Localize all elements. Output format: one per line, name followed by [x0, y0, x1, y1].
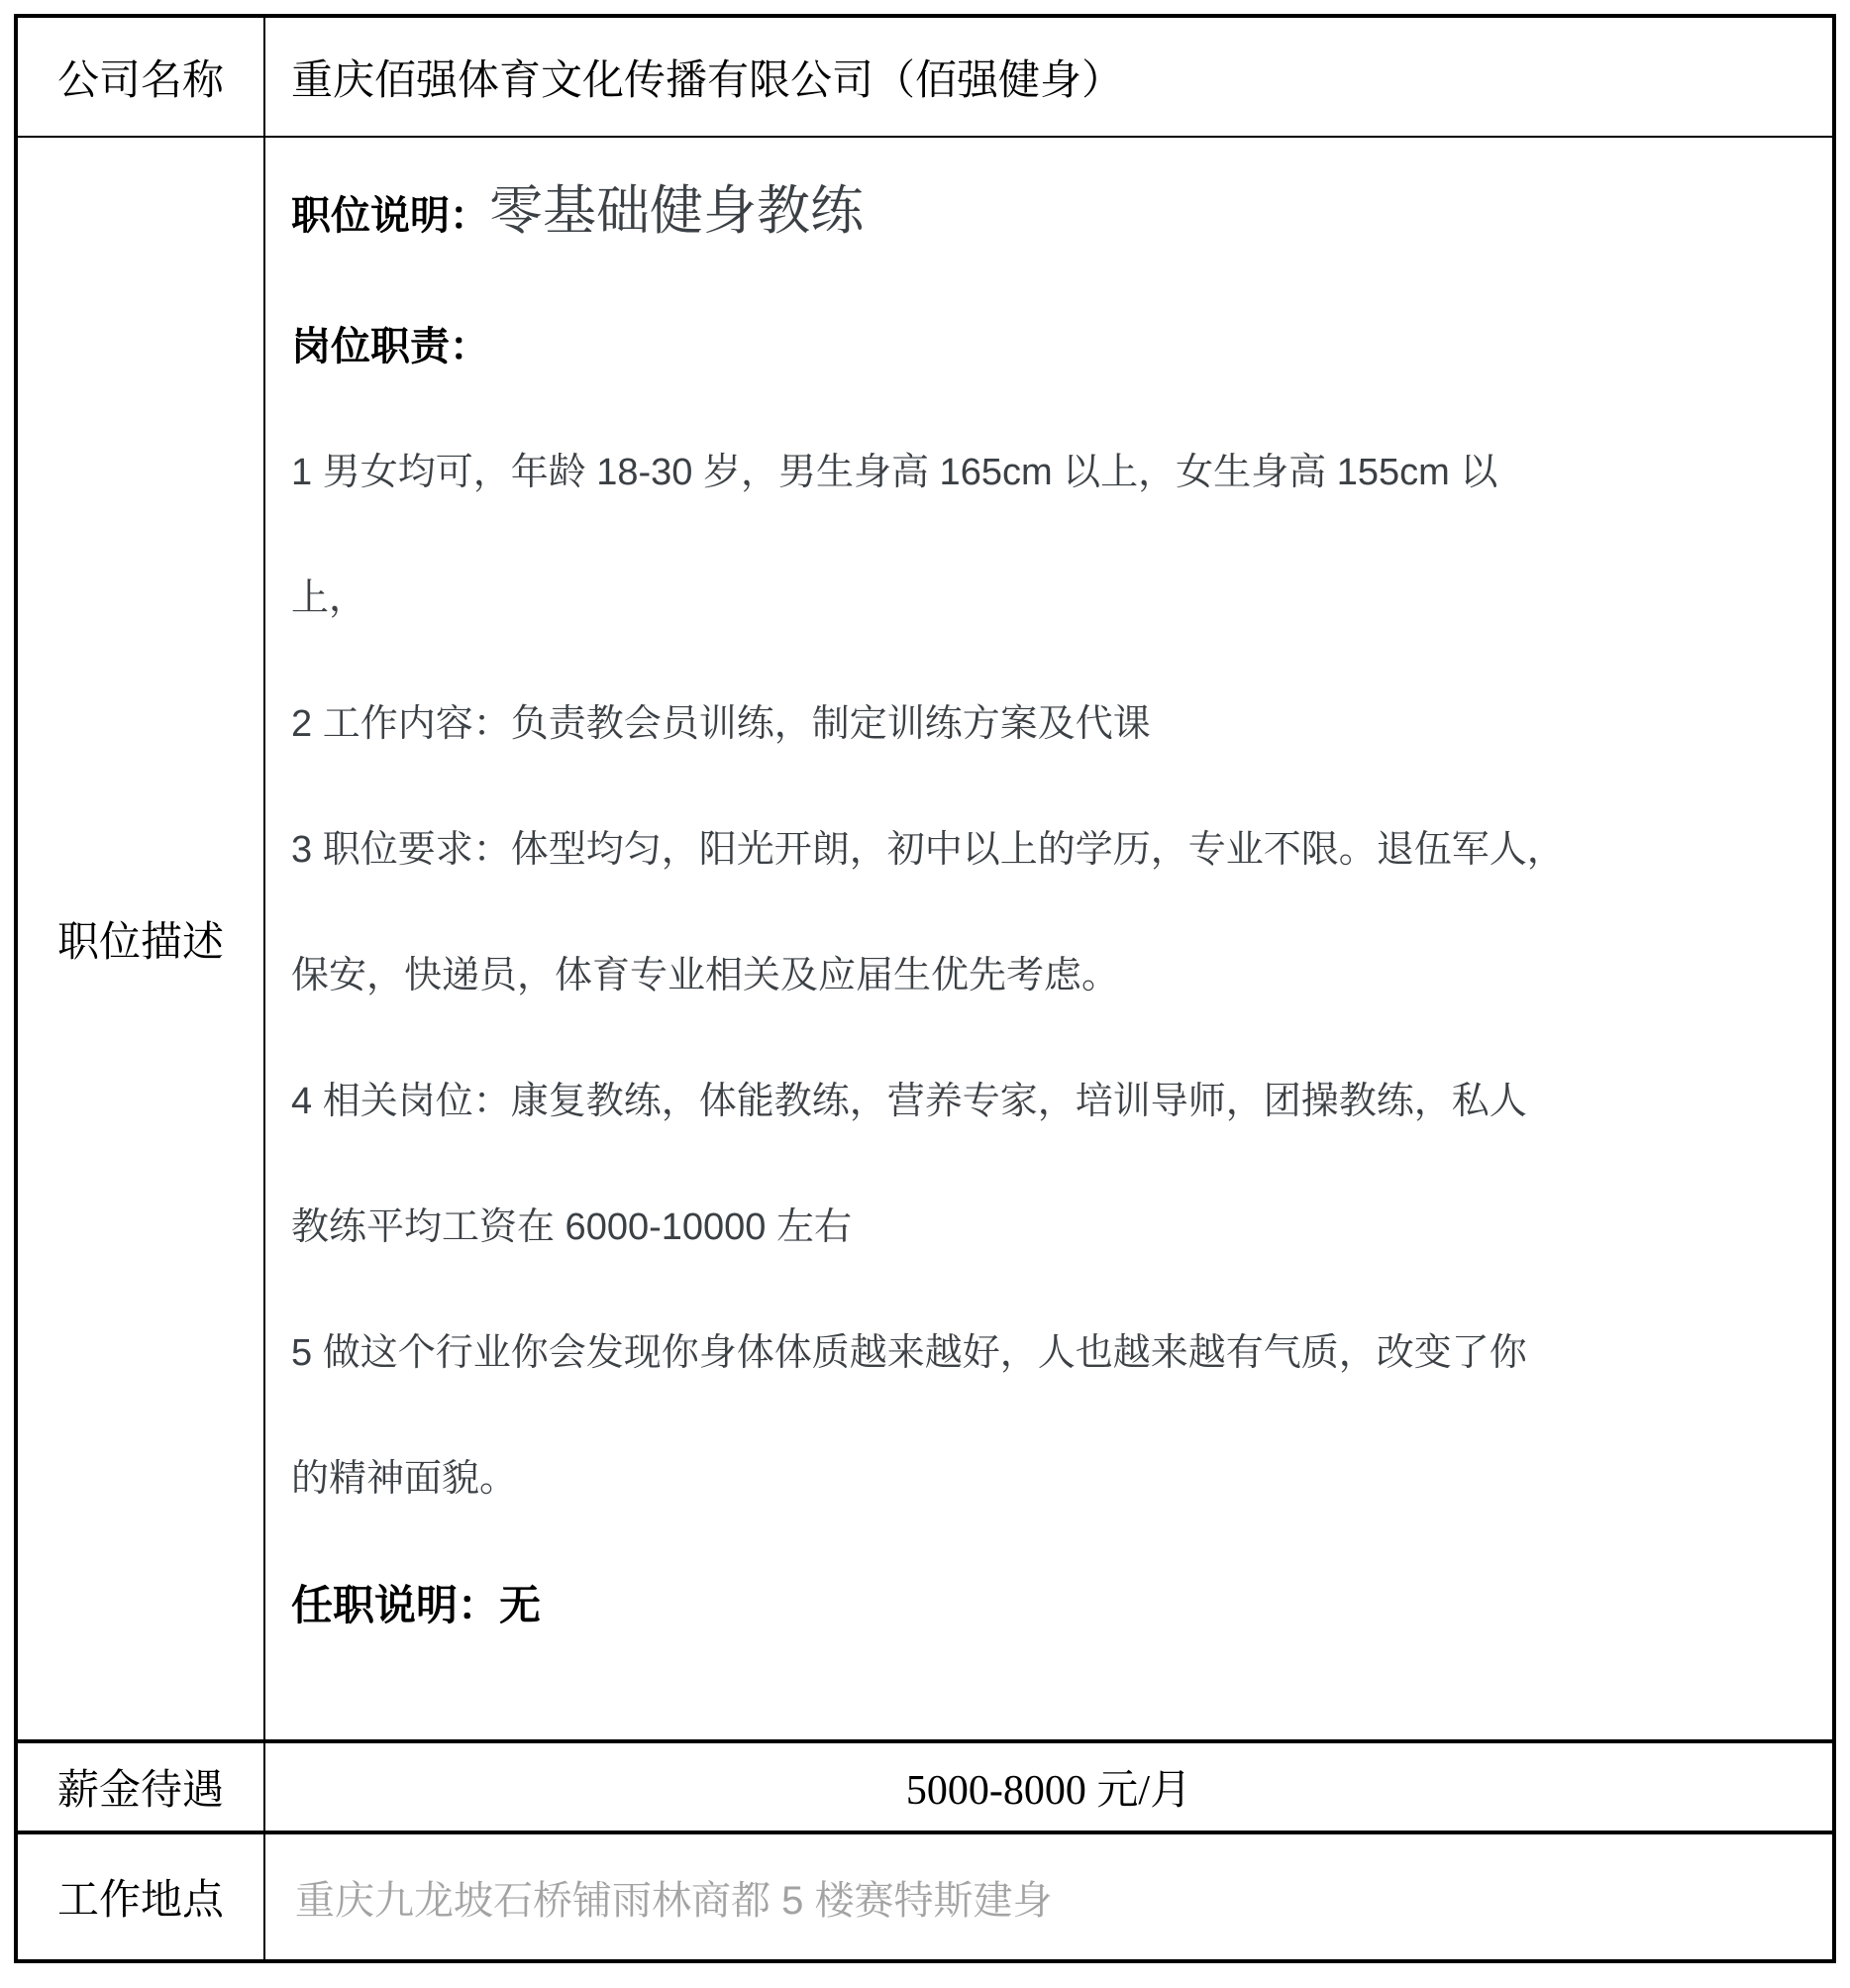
- tenure-note: 任职说明：无: [291, 1542, 1806, 1668]
- table-row: 公司名称 重庆佰强体育文化传播有限公司（佰强健身）: [16, 16, 1834, 137]
- job-description-label: 职位描述: [16, 137, 264, 1741]
- table-row: 职位描述 职位说明：零基础健身教练 岗位职责： 1 男女均可，年龄 18-30 …: [16, 137, 1834, 1741]
- duties-heading: 岗位职责：: [291, 284, 1806, 410]
- work-location-label: 工作地点: [16, 1832, 264, 1961]
- duty-item-5: 5 做这个行业你会发现你身体体质越来越好，人也越来越有气质，改变了你 的精神面貌…: [291, 1291, 1806, 1542]
- salary-value: 5000-8000 元/月: [264, 1741, 1834, 1832]
- job-description-value: 职位说明：零基础健身教练 岗位职责： 1 男女均可，年龄 18-30 岁，男生身…: [264, 137, 1834, 1741]
- duty-item-1: 1 男女均可，年龄 18-30 岁，男生身高 165cm 以上，女生身高 155…: [291, 410, 1806, 662]
- job-posting-table: 公司名称 重庆佰强体育文化传播有限公司（佰强健身） 职位描述 职位说明：零基础健…: [14, 14, 1836, 1963]
- duty-item-2: 2 工作内容：负责教会员训练，制定训练方案及代课: [291, 662, 1806, 787]
- work-location-value: 重庆九龙坡石桥铺雨林商都 5 楼赛特斯建身: [264, 1832, 1834, 1961]
- duty-item-3: 3 职位要求：体型均匀，阳光开朗，初中以上的学历，专业不限。退伍军人， 保安，快…: [291, 787, 1806, 1039]
- table-row: 薪金待遇 5000-8000 元/月: [16, 1741, 1834, 1832]
- table-row: 工作地点 重庆九龙坡石桥铺雨林商都 5 楼赛特斯建身: [16, 1832, 1834, 1961]
- position-title-label: 职位说明：: [291, 194, 489, 238]
- position-title-text: 零基础健身教练: [489, 181, 864, 241]
- salary-label: 薪金待遇: [16, 1741, 264, 1832]
- company-name-label: 公司名称: [16, 16, 264, 137]
- duty-item-4: 4 相关岗位：康复教练，体能教练，营养专家，培训导师，团操教练，私人 教练平均工…: [291, 1039, 1806, 1291]
- company-name-value: 重庆佰强体育文化传播有限公司（佰强健身）: [264, 16, 1834, 137]
- position-title-line: 职位说明：零基础健身教练: [291, 152, 1806, 284]
- job-posting-page: 公司名称 重庆佰强体育文化传播有限公司（佰强健身） 职位描述 职位说明：零基础健…: [0, 0, 1850, 1988]
